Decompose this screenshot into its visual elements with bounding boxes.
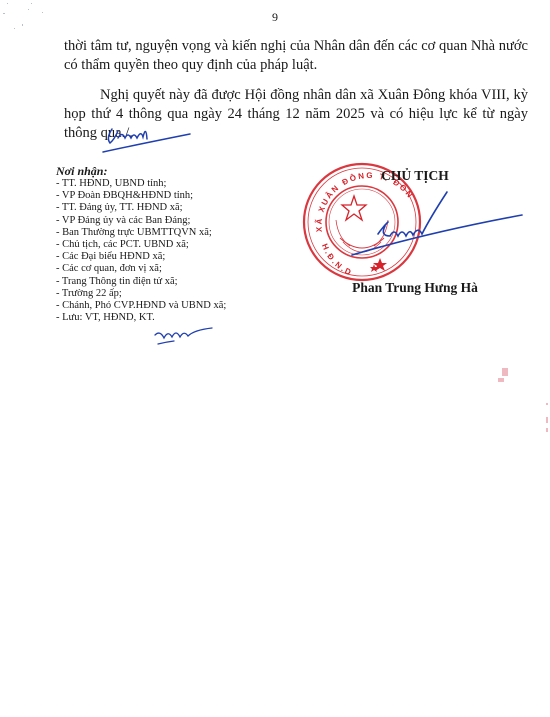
scan-artifacts	[0, 0, 550, 717]
